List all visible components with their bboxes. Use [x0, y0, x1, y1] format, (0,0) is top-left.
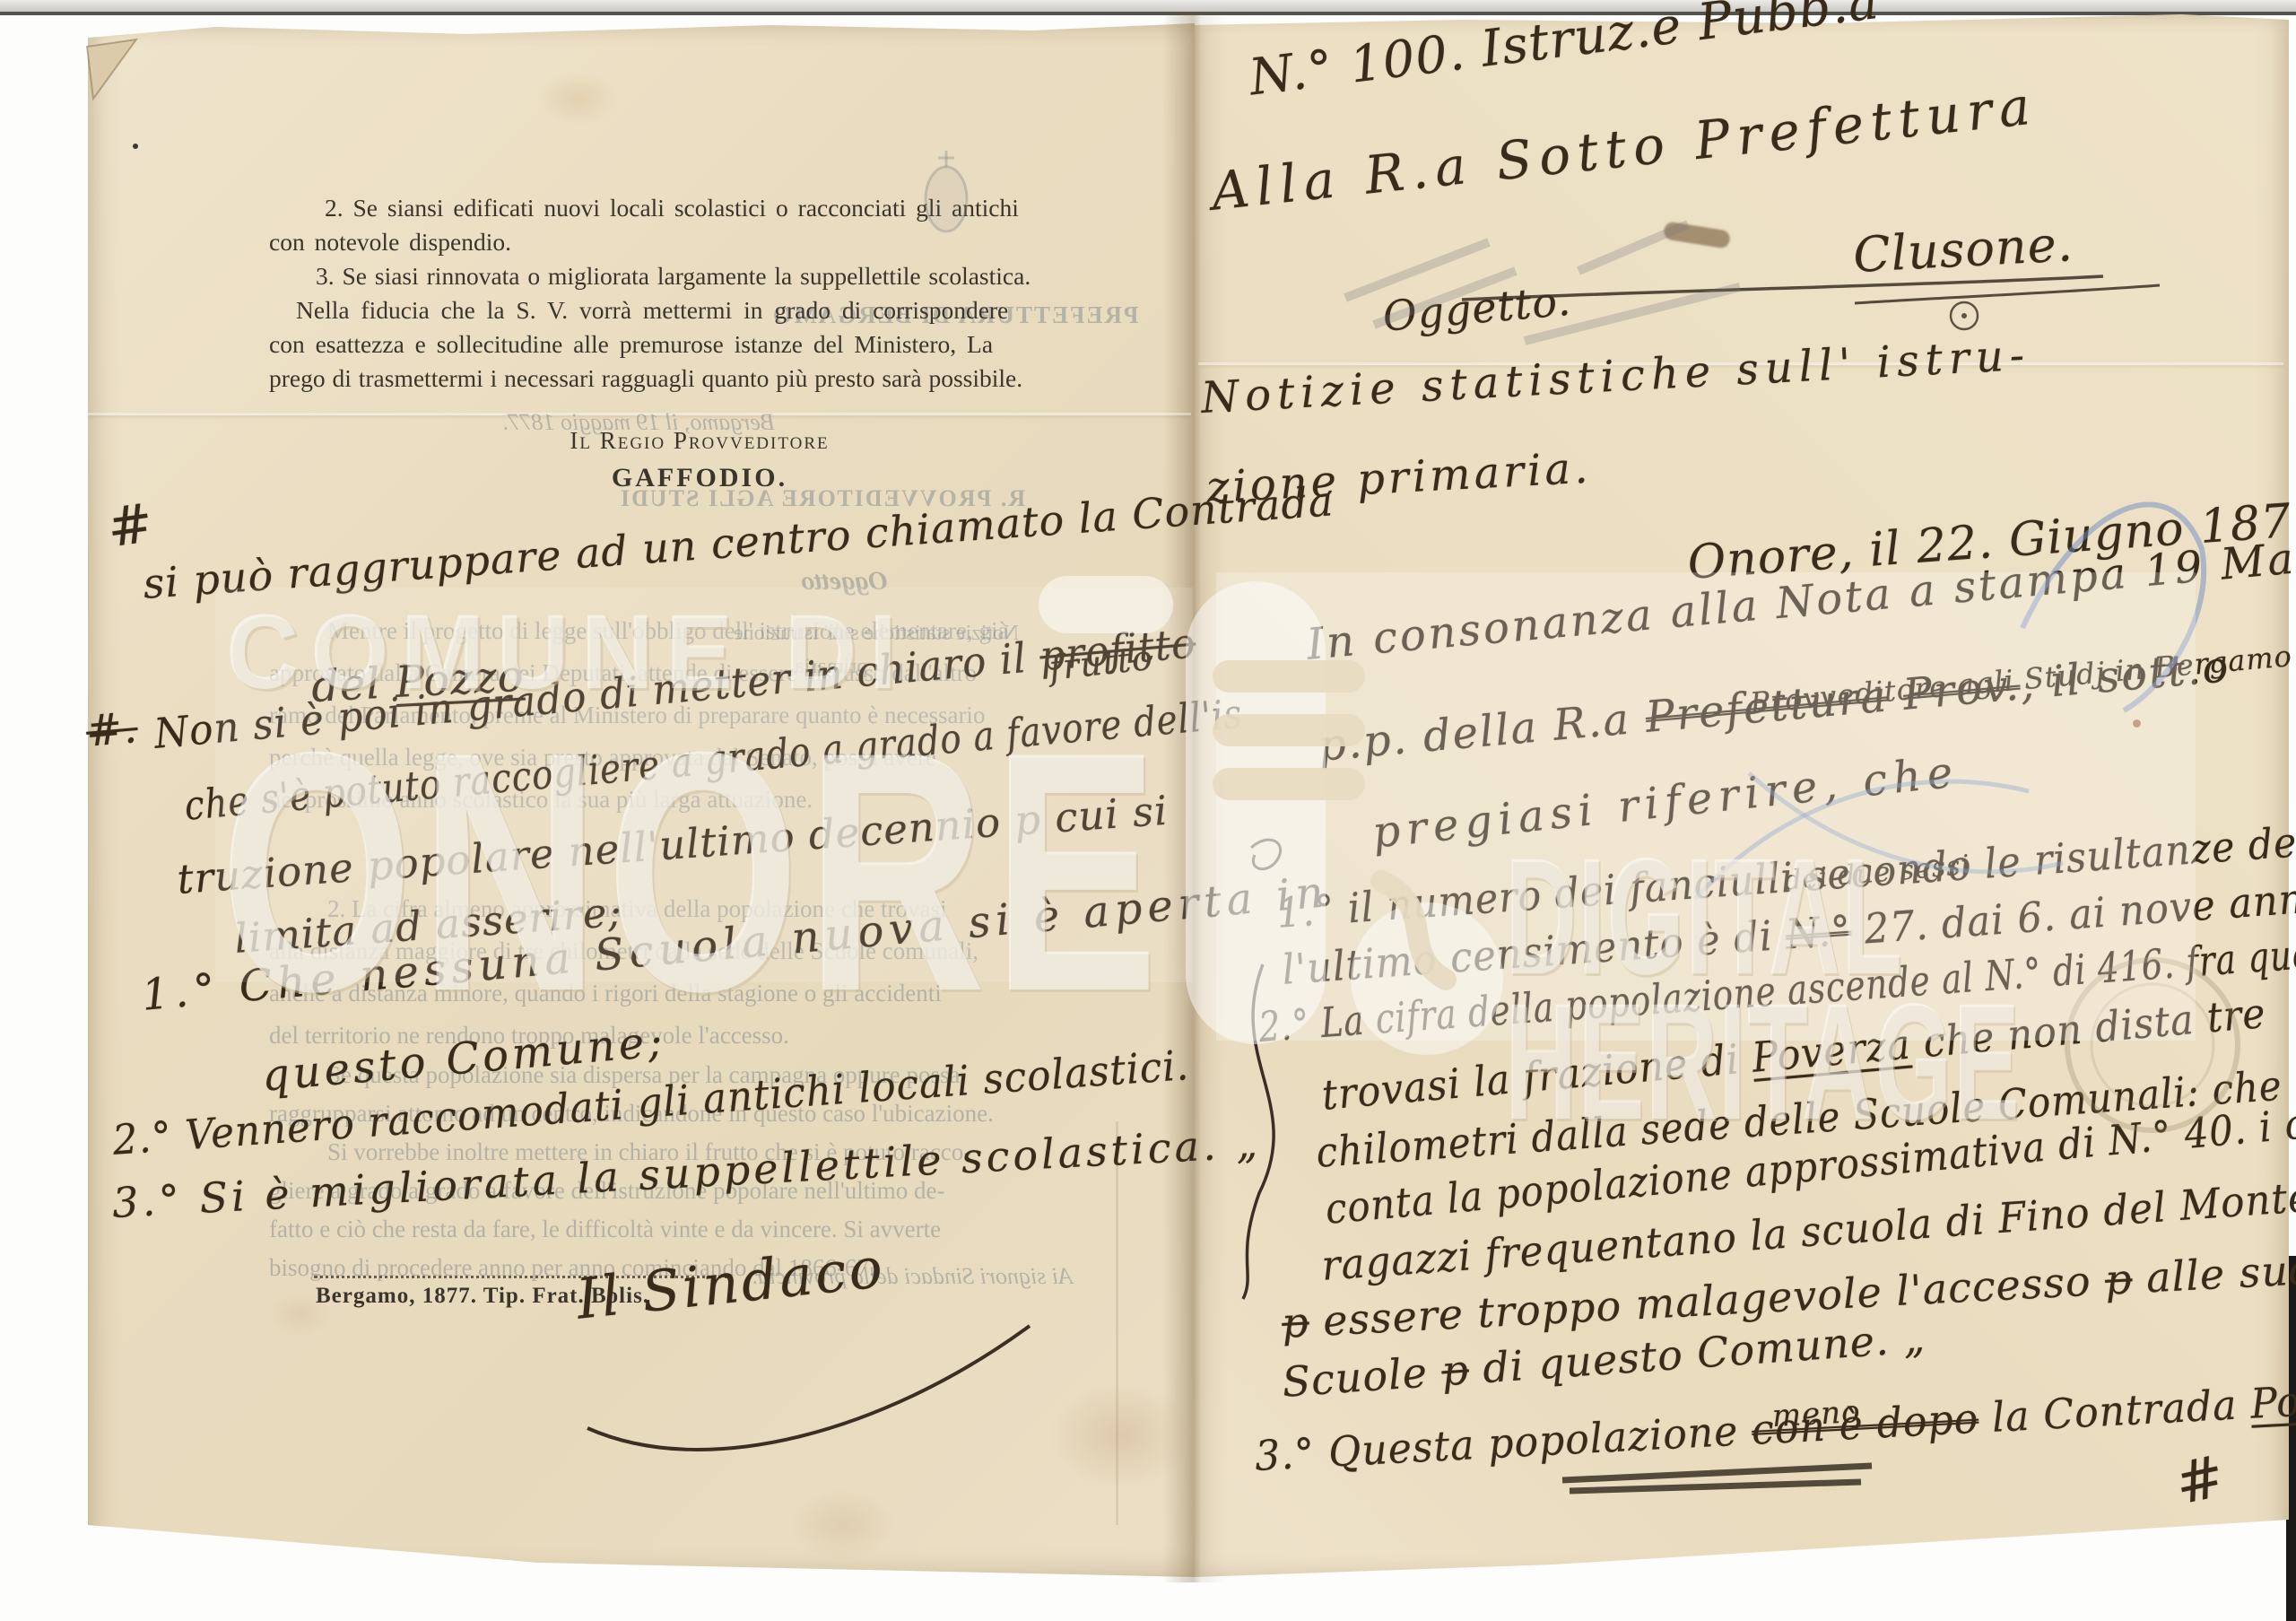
- printed-signature-role: Il Regio Provveditore: [502, 429, 897, 453]
- hash-mark-margin: #.: [84, 706, 139, 754]
- watermark-logo-bar: [1213, 660, 1365, 693]
- document-scan: PREFETTURA DI BERGAMO Bergamo, il 19 mag…: [0, 0, 2296, 1621]
- watermark-logo-bar: [1213, 768, 1365, 800]
- printed-line: 3. Se siasi rinnovata o migliorata larga…: [316, 264, 1031, 289]
- watermark-logo-circle: [1351, 902, 1503, 1055]
- watermark-text-onore: ONORE: [220, 702, 1165, 1042]
- watermark-logo-arch: [1039, 576, 1173, 633]
- ms-abbrev-struck: p: [1439, 1345, 1470, 1395]
- printed-line: Nella fiducia che la S. V. vorrà metterm…: [296, 298, 1008, 323]
- ms-abbrev-struck: p: [2104, 1254, 2134, 1304]
- watermark-logo-column: [1186, 581, 1326, 1044]
- foxing-stain: [538, 72, 619, 126]
- watermark-logo-bar: [1213, 714, 1365, 746]
- foxing-stain: [789, 1489, 897, 1561]
- printed-line: con esattezza e sollecitudine alle premu…: [269, 332, 993, 357]
- printed-line: 2. Se siansi edificati nuovi locali scol…: [325, 196, 1019, 221]
- printed-line: prego di trasmettermi i necessari raggua…: [269, 366, 1022, 391]
- scanner-edge-bar: [0, 0, 2296, 13]
- printed-line: con notevole dispendio.: [269, 230, 511, 255]
- watermark-text-heritage: HERITAGE: [1505, 980, 2021, 1146]
- scanner-edge-line: [0, 12, 2296, 15]
- ms-abbrev-struck: p: [1281, 1297, 1310, 1347]
- foxing-stain: [1049, 1381, 1193, 1489]
- ms-place-clusone: Clusone.: [1852, 220, 2074, 280]
- hash-mark-top-left: #: [104, 496, 157, 556]
- ink-speck: [133, 144, 138, 149]
- ms-word-underlined: Poverzo: [2249, 1371, 2296, 1428]
- printed-signature-name: GAFFODIO.: [502, 465, 897, 492]
